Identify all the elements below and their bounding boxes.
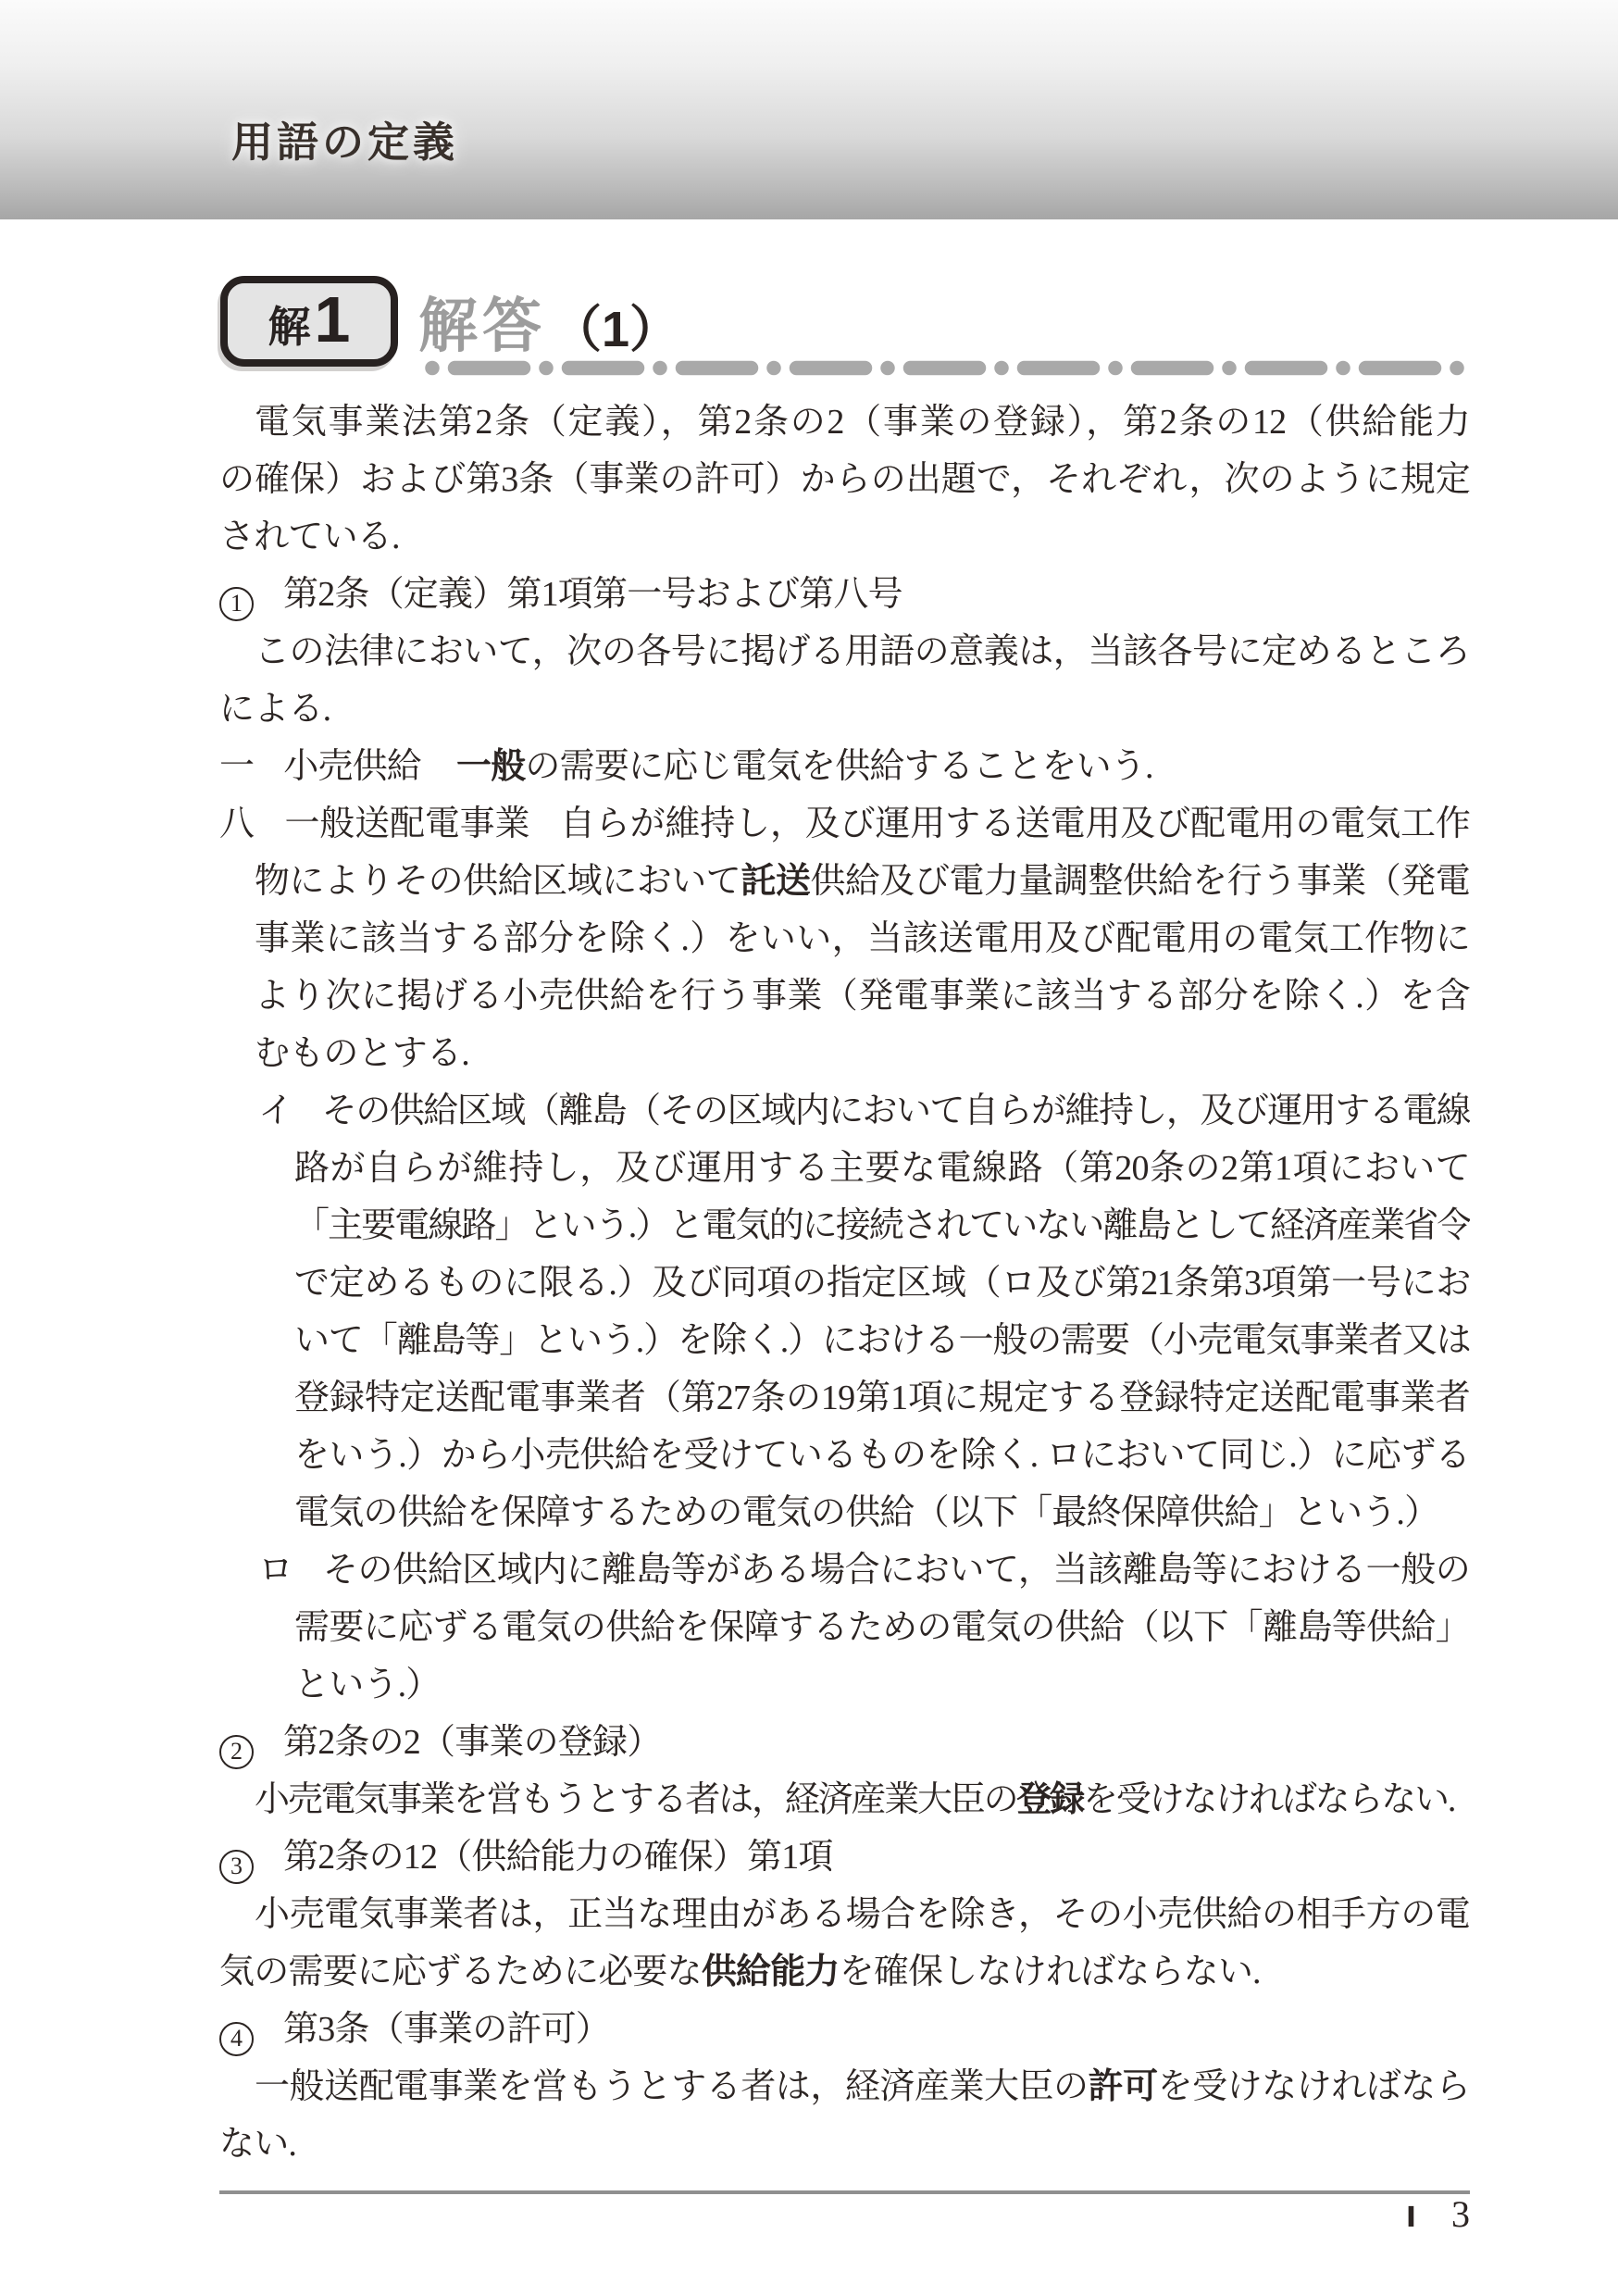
body-line: ない.: [219, 2115, 1470, 2173]
body-line: 路が自らが維持し，及び運用する主要な電線路（第20条の2第1項において: [219, 1140, 1470, 1197]
body-line: 気の需要に応ずるために必要な供給能力を確保しなければならない.: [219, 1943, 1470, 2001]
body-line: ロその供給区域内に離島等がある場合において，当該離島等における一般の: [219, 1541, 1470, 1599]
body-line: 「主要電線路」という.）と電気的に接続されていない離島として経済産業省令: [219, 1197, 1470, 1254]
body-line: 2第2条の2（事業の登録）: [219, 1714, 1470, 1771]
badge-label: 解: [268, 291, 311, 363]
circled-number: 4: [219, 2022, 254, 2056]
body-line: による.: [219, 680, 1470, 738]
body-line: 八一般送配電事業自らが維持し，及び運用する送電用及び配電用の電気工作: [219, 795, 1470, 853]
solution-heading-main: 解答: [418, 293, 546, 359]
body-line: 電気事業法第2条（定義），第2条の2（事業の登録），第2条の12（供給能力: [219, 393, 1470, 451]
body-line: されている.: [219, 508, 1470, 566]
body-line: いて「離島等」という.）を除く.）における一般の需要（小売電気事業者又は: [219, 1312, 1470, 1369]
body-line: 小売電気事業を営もうとする者は，経済産業大臣の登録を受けなければならない.: [219, 1771, 1470, 1828]
document-page: 用語の定義 解 1 解答（1） 電気事業法第2条（定義），第2条の2（事業の登録…: [0, 0, 1618, 2296]
body-line: という.）: [219, 1656, 1470, 1714]
body-line: 事業に該当する部分を除く.）をいい，当該送電用及び配電用の電気工作物に: [219, 910, 1470, 967]
body-line: 電気の供給を保障するための電気の供給（以下「最終保障供給」という.）: [219, 1484, 1470, 1541]
circled-number: 1: [219, 587, 254, 621]
circled-number: 3: [219, 1850, 254, 1884]
item-label: イ: [258, 1092, 292, 1130]
body-line: 一小売供給一般の需要に応じ電気を供給することをいう.: [219, 738, 1470, 795]
badge-number: 1: [315, 283, 351, 356]
footer-page-number: 3: [1451, 2196, 1470, 2233]
footer: Ⅰ 3: [1277, 2196, 1470, 2237]
solution-heading: 解答（1）: [418, 279, 679, 364]
body-line: で定めるものに限る.）及び同項の指定区域（ロ及び第21条第3項第一号にお: [219, 1254, 1470, 1312]
body-line: イその供給区域（離島（その区域内において自らが維持し，及び運用する電線: [219, 1082, 1470, 1140]
dashed-divider: [425, 360, 1480, 376]
body-line: 1第2条（定義）第1項第一号および第八号: [219, 566, 1470, 623]
circled-number: 2: [219, 1735, 254, 1769]
item-label: ロ: [258, 1551, 293, 1590]
footer-rule: [219, 2190, 1470, 2194]
solution-heading-suffix: （1）: [552, 302, 679, 357]
body-line: より次に掲げる小売供給を行う事業（発電事業に該当する部分を除く.）を含: [219, 967, 1470, 1025]
body-text: 電気事業法第2条（定義），第2条の2（事業の登録），第2条の12（供給能力の確保…: [219, 393, 1470, 2173]
page-title: 用語の定義: [231, 108, 458, 168]
body-line: 需要に応ずる電気の供給を保障するための電気の供給（以下「離島等供給」: [219, 1599, 1470, 1656]
body-line: 登録特定送配電事業者（第27条の19第1項に規定する登録特定送配電事業者: [219, 1369, 1470, 1427]
body-line: 3第2条の12（供給能力の確保）第1項: [219, 1828, 1470, 1886]
body-line: の確保）および第3条（事業の許可）からの出題で，それぞれ，次のように規定: [219, 451, 1470, 508]
item-label: 一: [219, 747, 254, 786]
body-line: 4第3条（事業の許可）: [219, 2001, 1470, 2058]
solution-badge: 解 1: [220, 276, 398, 367]
body-line: この法律において，次の各号に掲げる用語の意義は，当該各号に定めるところ: [219, 623, 1470, 680]
item-label: 八: [219, 805, 255, 843]
body-line: 小売電気事業者は，正当な理由がある場合を除き，その小売供給の相手方の電: [219, 1886, 1470, 1943]
body-line: むものとする.: [219, 1025, 1470, 1082]
body-line: 物によりその供給区域において託送供給及び電力量調整供給を行う事業（発電: [219, 853, 1470, 910]
body-line: 一般送配電事業を営もうとする者は，経済産業大臣の許可を受けなければなら: [219, 2058, 1470, 2115]
footer-section-label: Ⅰ: [1406, 2200, 1416, 2237]
body-line: をいう.）から小売供給を受けているものを除く. ロにおいて同じ.）に応ずる: [219, 1427, 1470, 1484]
